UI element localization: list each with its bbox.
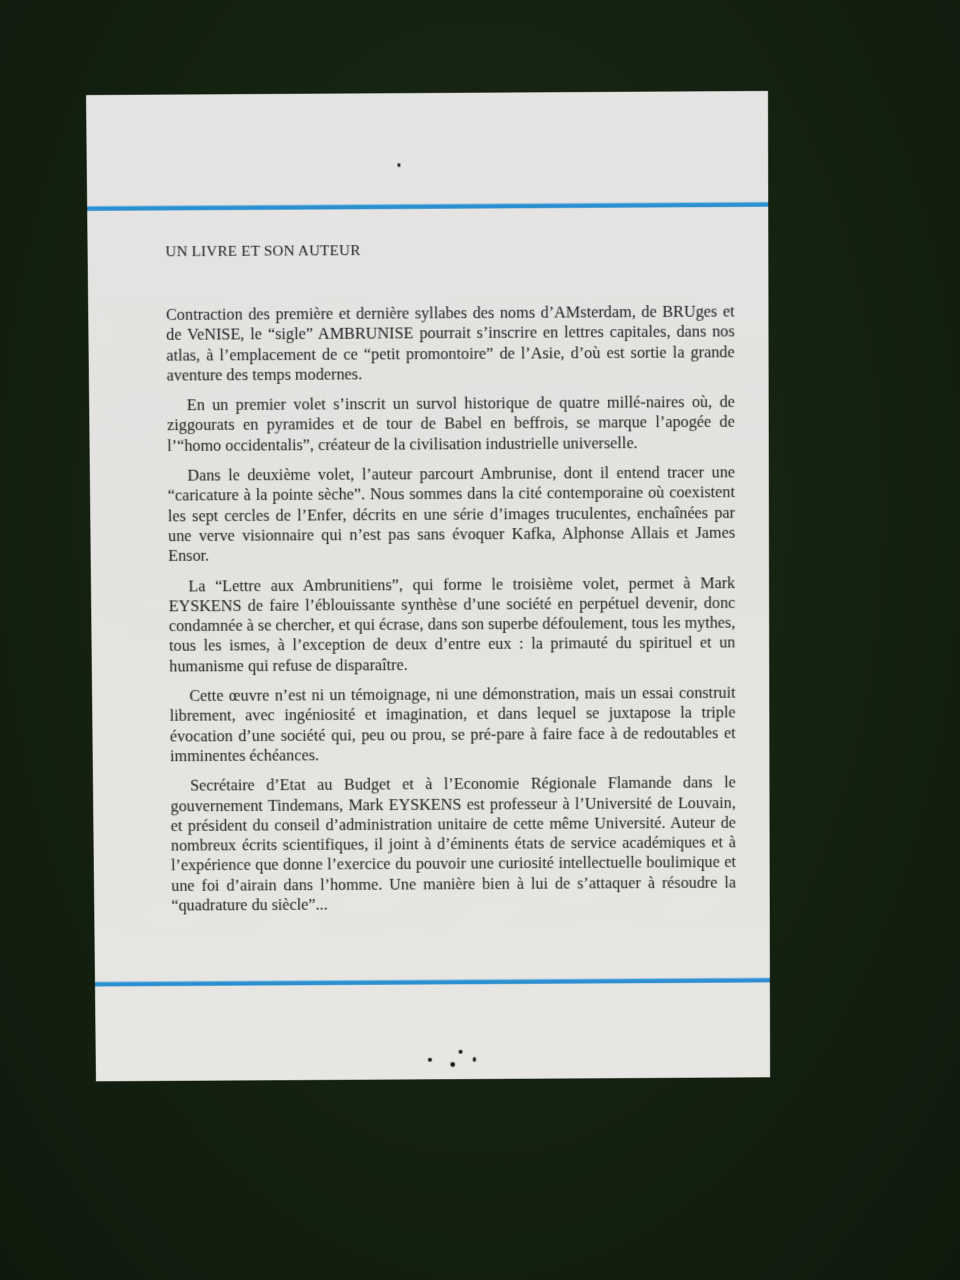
blurb-content: UN LIVRE ET SON AUTEUR Contraction des p… xyxy=(165,241,736,926)
four-dot-ornament-icon xyxy=(424,1048,493,1072)
paragraph-summary: Cette œuvre n’est ni un témoignage, ni u… xyxy=(169,683,735,766)
paragraph-second-part: Dans le deuxième volet, l’auteur parcour… xyxy=(167,463,735,567)
top-dot-mark xyxy=(397,163,400,167)
top-blue-rule xyxy=(87,202,768,211)
paragraph-third-part: La “Lettre aux Ambrunitiens”, qui forme … xyxy=(168,573,735,677)
bottom-blue-rule xyxy=(95,978,770,987)
paragraph-author-bio: Secrétaire d’Etat au Budget et à l’Econo… xyxy=(170,773,736,916)
paragraph-first-part: En un premier volet s’inscrit un survol … xyxy=(167,392,735,456)
paragraph-intro: Contraction des première et dernière syl… xyxy=(166,302,735,386)
section-heading: UN LIVRE ET SON AUTEUR xyxy=(165,241,734,261)
book-back-cover: UN LIVRE ET SON AUTEUR Contraction des p… xyxy=(86,91,770,1081)
